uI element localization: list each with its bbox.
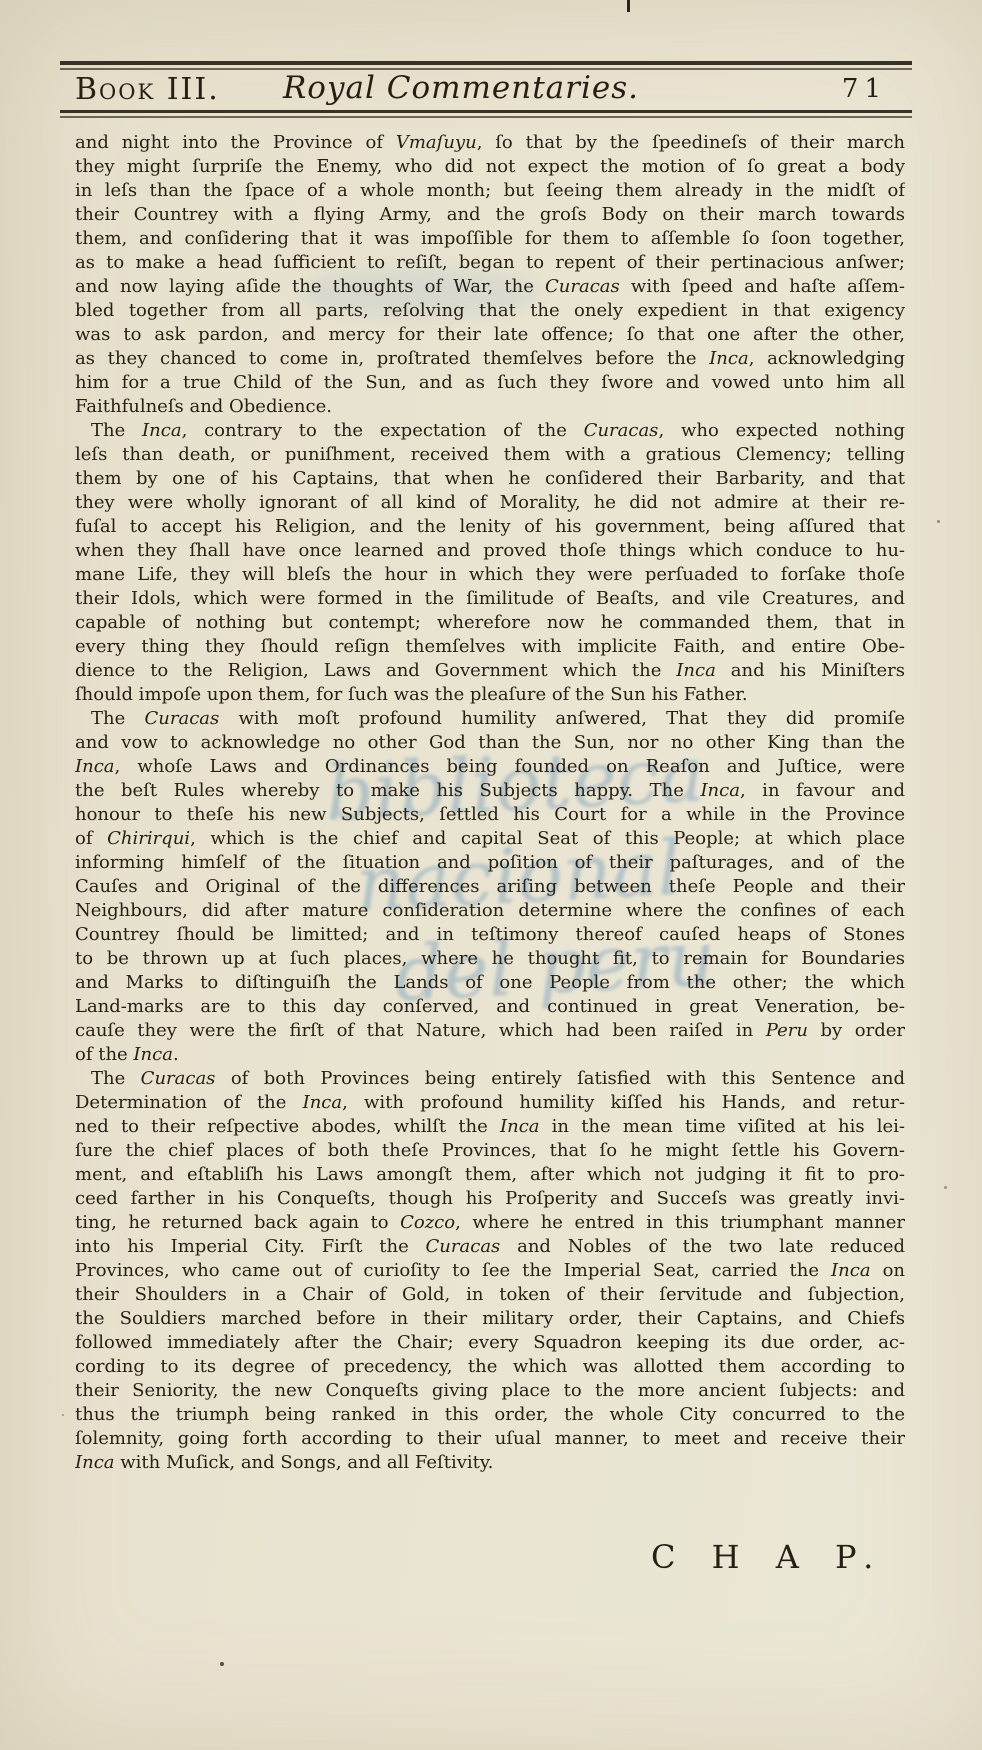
text-line: of Chirirqui, which is the chief and cap…: [75, 827, 905, 851]
text-line: the beſt Rules whereby to make his Subje…: [75, 779, 905, 803]
text-line: of the Inca.: [75, 1043, 905, 1067]
paper-speck: [220, 1662, 224, 1666]
text-line: The Inca, contrary to the expectation of…: [75, 419, 905, 443]
text-line: fuſal to accept his Religion, and the le…: [75, 515, 905, 539]
paragraph: The Inca, contrary to the expectation of…: [75, 419, 905, 707]
text-line: and vow to acknowledge no other God than…: [75, 731, 905, 755]
text-line: cording to its degree of precedency, the…: [75, 1355, 905, 1379]
text-line: and now laying aſide the thoughts of War…: [75, 275, 905, 299]
paper-speck: [944, 1186, 947, 1189]
text-line: capable of nothing but contempt; wherefo…: [75, 611, 905, 635]
paragraph: and night into the Province of Vmaſuyu, …: [75, 131, 905, 419]
text-line: honour to theſe his new Subjects, ſettle…: [75, 803, 905, 827]
text-line: in leſs than the ſpace of a whole month;…: [75, 179, 905, 203]
text-line: as they chanced to come in, proſtrated t…: [75, 347, 905, 371]
text-line: them, and conſidering that it was impoſſ…: [75, 227, 905, 251]
text-line: Provinces, who came out of curioſity to …: [75, 1259, 905, 1283]
text-line: Land-marks are to this day conſerved, an…: [75, 995, 905, 1019]
text-line: followed immediately after the Chair; ev…: [75, 1331, 905, 1355]
text-line: into his Imperial City. Firſt the Curaca…: [75, 1235, 905, 1259]
page-edge-mark: [627, 0, 630, 12]
paragraph: The Curacas of both Provinces being enti…: [75, 1067, 905, 1475]
text-line: Inca with Muſick, and Songs, and all Feſ…: [75, 1451, 905, 1475]
book-page: Book III. Royal Commentaries. 71 bibliot…: [0, 0, 982, 1750]
text-line: The Curacas with moſt profound humility …: [75, 707, 905, 731]
text-line: and Marks to diſtinguiſh the Lands of on…: [75, 971, 905, 995]
text-line: they might ſurpriſe the Enemy, who did n…: [75, 155, 905, 179]
chapter-catchword: C H A P.: [651, 1538, 886, 1576]
paragraph: The Curacas with moſt profound humility …: [75, 707, 905, 1067]
text-line: their Shoulders in a Chair of Gold, in t…: [75, 1283, 905, 1307]
text-line: bled together from all parts, reſolving …: [75, 299, 905, 323]
text-line: thus the triumph being ranked in this or…: [75, 1403, 905, 1427]
running-head-title: Royal Commentaries.: [0, 70, 922, 106]
page-number: 71: [842, 74, 887, 104]
text-line: cauſe they were the firſt of that Nature…: [75, 1019, 905, 1043]
text-line: as to make a head ſufficient to reſiſt, …: [75, 251, 905, 275]
text-line: every thing they ſhould reſign themſelve…: [75, 635, 905, 659]
text-line: when they ſhall have once learned and pr…: [75, 539, 905, 563]
text-line: Cauſes and Original of the differences a…: [75, 875, 905, 899]
text-line: Neighbours, did after mature conſiderati…: [75, 899, 905, 923]
text-line: informing himſelf of the ſituation and p…: [75, 851, 905, 875]
text-line: ned to their reſpective abodes, whilſt t…: [75, 1115, 905, 1139]
text-line: their Seniority, the new Conqueſts givin…: [75, 1379, 905, 1403]
paper-speck: [62, 1414, 64, 1416]
header-top-rule: [60, 61, 912, 70]
text-line: mane Life, they will bleſs the hour in w…: [75, 563, 905, 587]
text-line: Faithfulneſs and Obedience.: [75, 395, 905, 419]
text-line: the Souldiers marched before in their mi…: [75, 1307, 905, 1331]
paper-speck: [937, 520, 940, 523]
text-line: was to ask pardon, and mercy for their l…: [75, 323, 905, 347]
text-line: ting, he returned back again to Cozco, w…: [75, 1211, 905, 1235]
text-line: him for a true Child of the Sun, and as …: [75, 371, 905, 395]
header-bottom-rule: [60, 110, 912, 118]
text-line: Inca, whoſe Laws and Ordinances being fo…: [75, 755, 905, 779]
text-line: Determination of the Inca, with profound…: [75, 1091, 905, 1115]
text-line: to be thrown up at ſuch places, where he…: [75, 947, 905, 971]
text-line: their Countrey with a flying Army, and t…: [75, 203, 905, 227]
text-line: Countrey ſhould be limitted; and in teſt…: [75, 923, 905, 947]
text-line: The Curacas of both Provinces being enti…: [75, 1067, 905, 1091]
page-body: and night into the Province of Vmaſuyu, …: [75, 131, 905, 1475]
text-line: their Idols, which were formed in the ſi…: [75, 587, 905, 611]
text-line: and night into the Province of Vmaſuyu, …: [75, 131, 905, 155]
text-line: dience to the Religion, Laws and Governm…: [75, 659, 905, 683]
text-line: ment, and eſtabliſh his Laws amongſt the…: [75, 1163, 905, 1187]
text-line: them by one of his Captains, that when h…: [75, 467, 905, 491]
text-line: ceed farther in his Conqueſts, though hi…: [75, 1187, 905, 1211]
text-line: ſhould impoſe upon them, for ſuch was th…: [75, 683, 905, 707]
text-line: they were wholly ignorant of all kind of…: [75, 491, 905, 515]
text-line: leſs than death, or puniſhment, received…: [75, 443, 905, 467]
text-line: ſure the chief places of both theſe Prov…: [75, 1139, 905, 1163]
text-line: ſolemnity, going forth according to thei…: [75, 1427, 905, 1451]
